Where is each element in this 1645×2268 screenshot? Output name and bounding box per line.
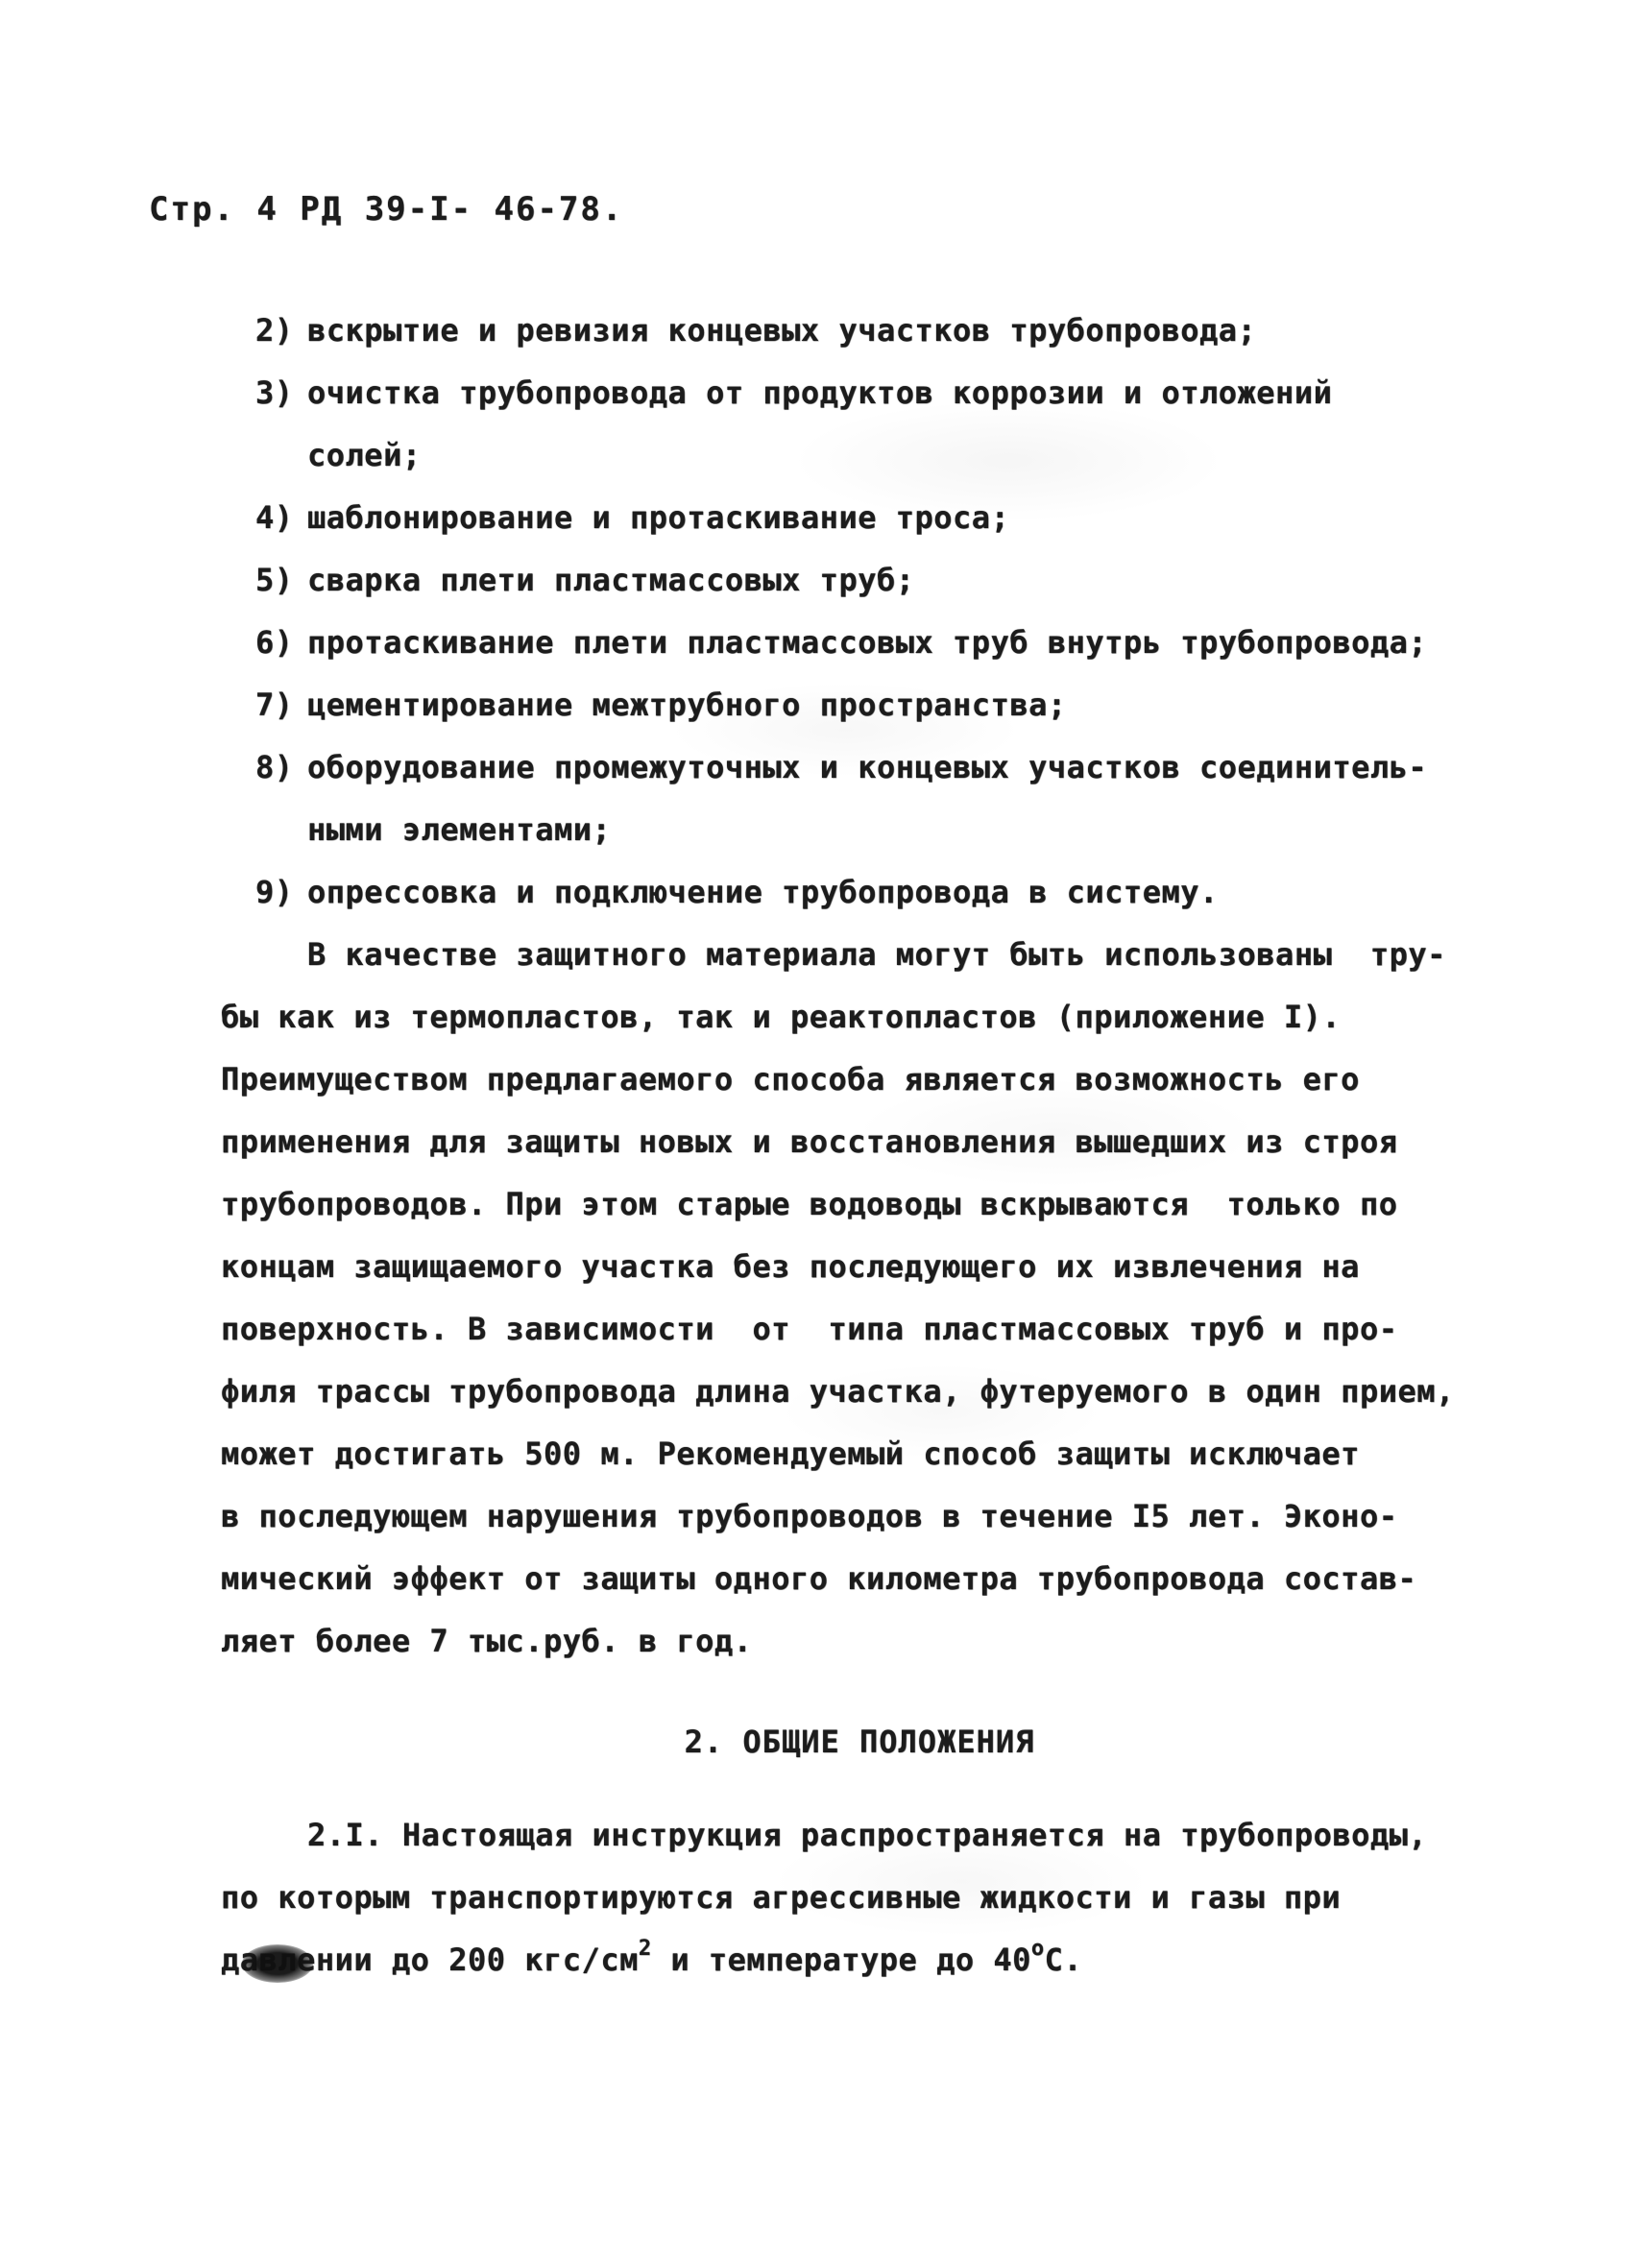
list-item: 5)сварка плети пластмассовых труб; bbox=[221, 549, 1498, 612]
paragraph-line: давлении до 200 кгс/см2 и температуре до… bbox=[221, 1929, 1498, 1991]
list-item-text: цементирование межтрубного пространства; bbox=[307, 687, 1067, 723]
list-item-text: шаблонирование и протаскивание троса; bbox=[307, 499, 1009, 536]
list-item-marker: 5) bbox=[255, 549, 307, 612]
list-item-marker: 3) bbox=[255, 362, 307, 424]
list-item-text: протаскивание плети пластмассовых труб в… bbox=[307, 624, 1427, 661]
list-item: 9)опрессовка и подключение трубопровода … bbox=[221, 861, 1498, 924]
list-item: 2)вскрытие и ревизия концевых участков т… bbox=[221, 300, 1498, 362]
list-item-continuation: ными элементами; bbox=[221, 799, 1498, 861]
list-item: 3)очистка трубопровода от продуктов корр… bbox=[221, 362, 1498, 424]
list-item-text: оборудование промежуточных и концевых уч… bbox=[307, 749, 1427, 785]
paragraph-line: концам защищаемого участка без последующ… bbox=[221, 1236, 1498, 1298]
paragraph-line: ляет более 7 тыс.руб. в год. bbox=[221, 1610, 1498, 1673]
document-page: Стр. 4 РД 39-I- 46-78. 2)вскрытие и реви… bbox=[0, 0, 1645, 2268]
paragraph-line: 2.I. Настоящая инструкция распространяет… bbox=[221, 1804, 1498, 1867]
list-item: 4)шаблонирование и протаскивание троса; bbox=[221, 487, 1498, 549]
list-item-text: очистка трубопровода от продуктов корроз… bbox=[307, 374, 1332, 411]
paragraph-line: мический эффект от защиты одного километ… bbox=[221, 1548, 1498, 1610]
list-item-marker: 4) bbox=[255, 487, 307, 549]
paragraph-line: поверхность. В зависимости от типа пласт… bbox=[221, 1298, 1498, 1361]
ink-smudge bbox=[242, 1944, 313, 1983]
paragraph-line: в последующем нарушения трубопроводов в … bbox=[221, 1485, 1498, 1548]
paragraph-line: может достигать 500 м. Рекомендуемый спо… bbox=[221, 1423, 1498, 1485]
section-heading: 2. ОБЩИЕ ПОЛОЖЕНИЯ bbox=[221, 1711, 1498, 1773]
list-item-text: вскрытие и ревизия концевых участков тру… bbox=[307, 312, 1256, 349]
list-item: 8)оборудование промежуточных и концевых … bbox=[221, 736, 1498, 799]
list-item-marker: 9) bbox=[255, 861, 307, 924]
list-item-marker: 6) bbox=[255, 612, 307, 674]
paragraph-line: по которым транспортируются агрессивные … bbox=[221, 1867, 1498, 1929]
superscript: 2 bbox=[639, 1937, 652, 1961]
page-header: Стр. 4 РД 39-I- 46-78. bbox=[149, 190, 623, 229]
paragraph-text: С. bbox=[1045, 1942, 1083, 1978]
paragraph-line: бы как из термопластов, так и реактоплас… bbox=[221, 986, 1498, 1049]
document-body: 2)вскрытие и ревизия концевых участков т… bbox=[221, 300, 1498, 1991]
paragraph-line: филя трассы трубопровода длина участка, … bbox=[221, 1361, 1498, 1423]
list-item: 7)цементирование межтрубного пространств… bbox=[221, 674, 1498, 736]
superscript: о bbox=[1031, 1937, 1045, 1961]
list-item-text: сварка плети пластмассовых труб; bbox=[307, 562, 915, 598]
list-item-marker: 2) bbox=[255, 300, 307, 362]
paragraph-line: В качестве защитного материала могут быт… bbox=[221, 924, 1498, 986]
paragraph-line: применения для защиты новых и восстановл… bbox=[221, 1111, 1498, 1173]
list-item-continuation: солей; bbox=[221, 424, 1498, 487]
paragraph-line: Преимуществом предлагаемого способа явля… bbox=[221, 1049, 1498, 1111]
list-item-marker: 8) bbox=[255, 736, 307, 799]
list-item: 6)протаскивание плети пластмассовых труб… bbox=[221, 612, 1498, 674]
list-item-text: опрессовка и подключение трубопровода в … bbox=[307, 874, 1219, 910]
paragraph-text: и температуре до 40 bbox=[652, 1942, 1031, 1978]
list-item-marker: 7) bbox=[255, 674, 307, 736]
paragraph-line: трубопроводов. При этом старые водоводы … bbox=[221, 1173, 1498, 1236]
